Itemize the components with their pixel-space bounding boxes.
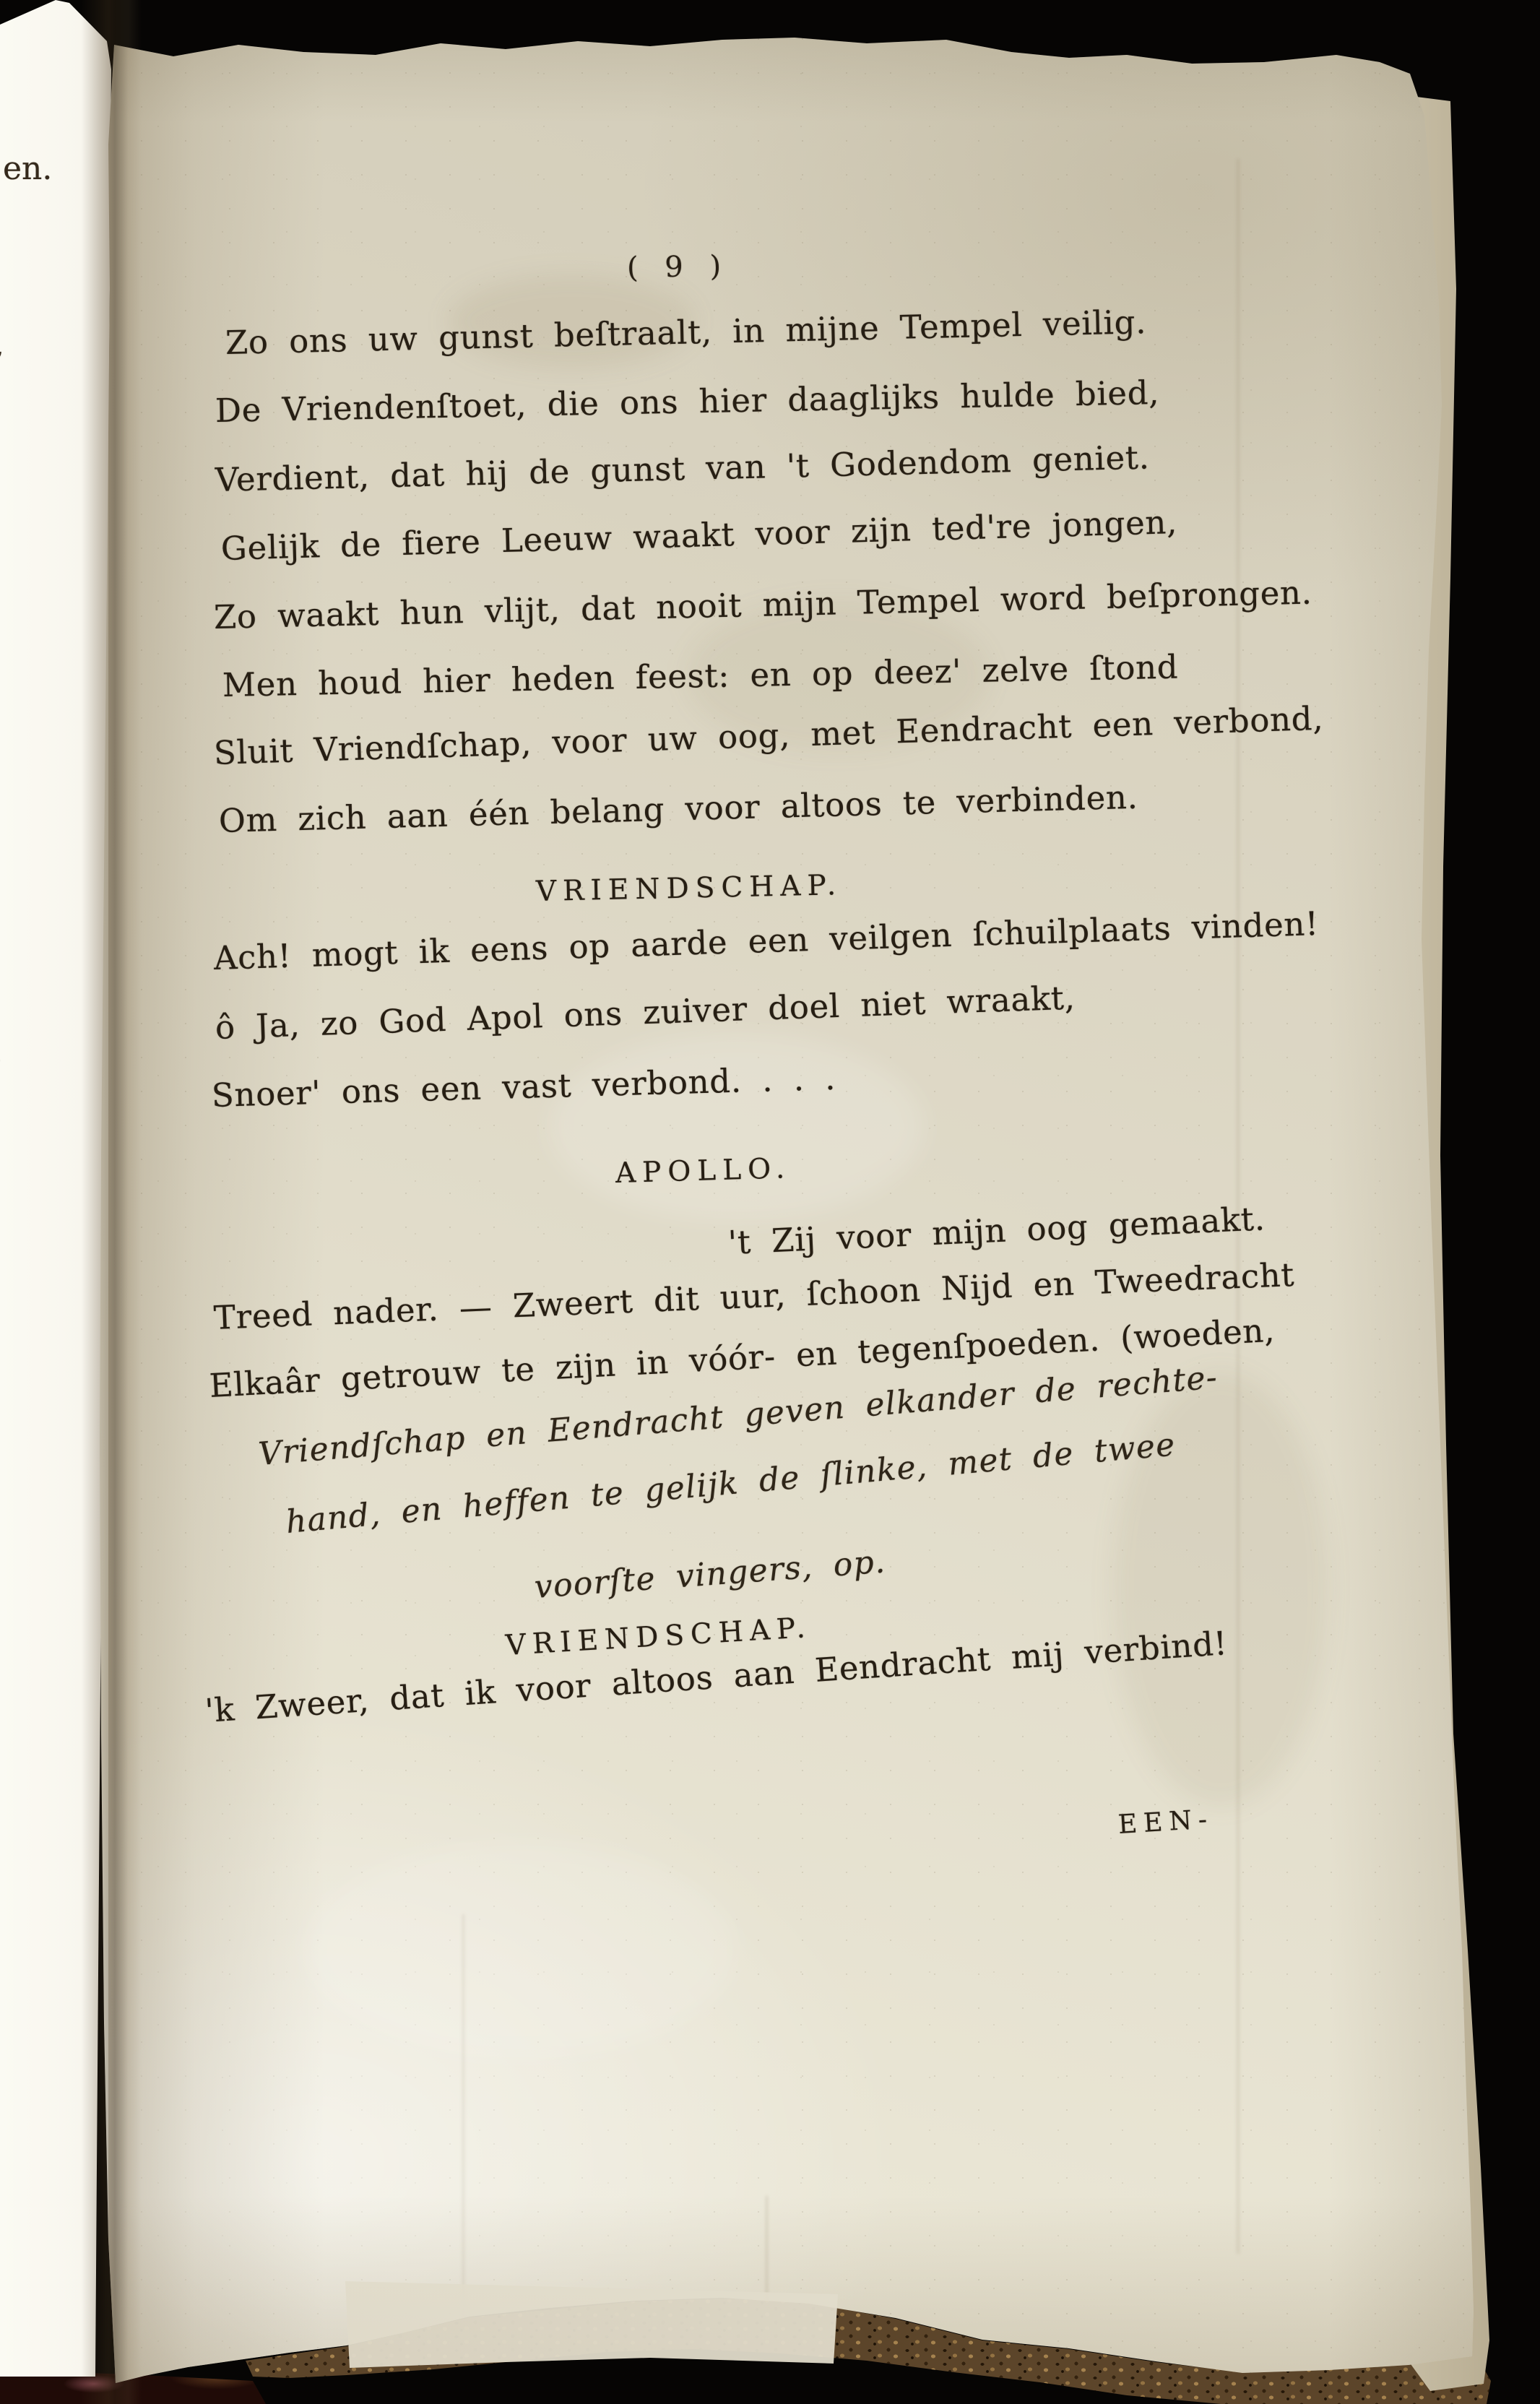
book-photo: { "page": { "header": "( 9 )", "apollo_s… bbox=[0, 0, 1540, 2404]
book-page: ( 9 ) Zo ons uw gunst beſtraalt, in mijn… bbox=[0, 0, 1540, 2404]
page-number: ( 9 ) bbox=[627, 250, 726, 285]
paper-stain bbox=[303, 1842, 737, 2059]
verse-line: Om zich aan één belang voor altoos te ve… bbox=[218, 778, 1138, 840]
left-page-fragment: , bbox=[0, 327, 4, 363]
speaker-heading: APOLLO. bbox=[615, 1152, 791, 1190]
gutter-shadow bbox=[81, 0, 142, 2404]
speaker-heading: VRIENDSCHAP. bbox=[536, 869, 843, 908]
left-page-fragment: en. bbox=[3, 150, 52, 187]
verse-line: ô Ja, zo God Apol ons zuiver doel niet w… bbox=[215, 978, 1076, 1047]
catchword: EEN- bbox=[1117, 1804, 1214, 1840]
verse-line: Verdient, dat hij de gunst van 't Godend… bbox=[215, 438, 1150, 499]
verse-line: Ach! mogt ik eens op aarde een veilgen ſ… bbox=[213, 904, 1319, 977]
page-crease bbox=[462, 1914, 464, 2348]
page-top-shading bbox=[0, 0, 1540, 123]
verse-line: De Vriendenſtoet, die ons hier daaglijks… bbox=[215, 373, 1159, 430]
verse-line: Gelijk de fiere Leeuw waakt voor zijn te… bbox=[220, 503, 1177, 568]
stage-direction-line: voorſte vingers, op. bbox=[533, 1543, 887, 1606]
left-page-fragment: , bbox=[0, 1034, 3, 1071]
